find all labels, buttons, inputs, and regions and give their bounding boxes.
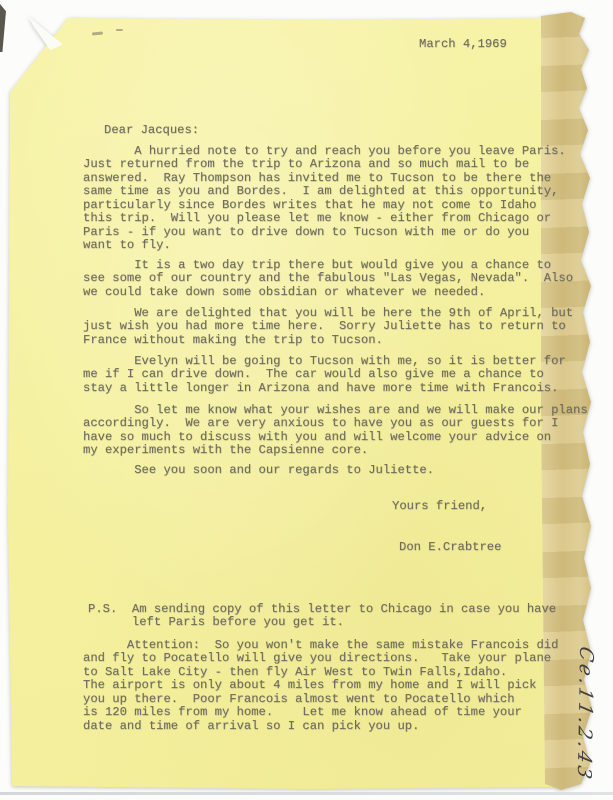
paragraph-regards: See you soon and our regards to Juliette… xyxy=(83,464,434,477)
paragraph-arrival-april: We are delighted that you will be here t… xyxy=(83,307,573,347)
paragraph-two-day-trip: It is a two day trip there but would giv… xyxy=(83,259,573,299)
paper-speck xyxy=(116,29,123,31)
salutation: Dear Jacques: xyxy=(104,124,199,137)
signature: Don E.Crabtree xyxy=(399,541,501,554)
scan-edge-artifact xyxy=(0,4,6,52)
postscript: P.S. Am sending copy of this letter to C… xyxy=(88,603,556,630)
paragraph-travel-plans: A hurried note to try and reach you befo… xyxy=(83,145,566,253)
paragraph-evelyn-drive: Evelyn will be going to Tucson with me, … xyxy=(83,355,566,395)
letter-date: March 4,1969 xyxy=(419,38,507,51)
paragraph-wishes-plans: So let me know what your wishes are and … xyxy=(83,404,588,458)
scanned-letter: March 4,1969 Dear Jacques: A hurried not… xyxy=(0,0,613,800)
attention-note: Attention: So you won't make the same mi… xyxy=(83,639,558,733)
closing: Yours friend, xyxy=(392,500,487,513)
scan-edge-line xyxy=(0,792,613,795)
archival-annotation: Ce.11.2.43 xyxy=(573,635,598,792)
